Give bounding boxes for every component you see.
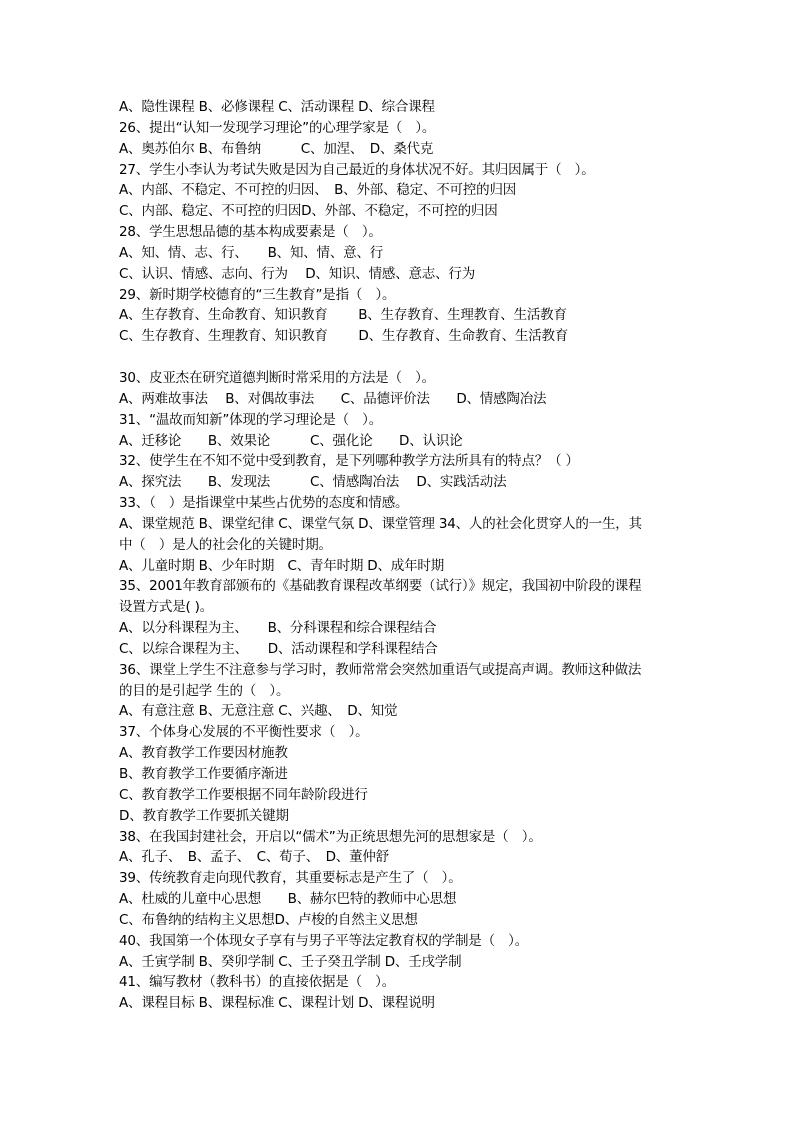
question-40: 40、我国第一个体现女子享有与男子平等法定教育权的学制是（ ）。 [119, 931, 679, 952]
options-25: A、隐性课程 B、必修课程 C、活动课程 D、综合课程 [119, 97, 679, 118]
question-30: 30、皮亚杰在研究道德判断时常采用的方法是（ ）。 [119, 368, 679, 389]
question-34-cont: 中（ ）是人的社会化的关键时期。 [119, 535, 679, 556]
options-35-ab: A、以分科课程为主、 B、分科课程和综合课程结合 [119, 618, 679, 639]
question-28: 28、学生思想品德的基本构成要素是（ ）。 [119, 222, 679, 243]
question-36: 36、课堂上学生不注意参与学习时，教师常常会突然加重语气或提高声调。教师这种做法 [119, 660, 679, 681]
option-37-d: D、教育教学工作要抓关键期 [119, 806, 679, 827]
options-41: A、课程目标 B、课程标准 C、课程计划 D、课程说明 [119, 993, 679, 1014]
options-31: A、迁移论 B、效果论 C、强化论 D、认识论 [119, 431, 679, 452]
options-40: A、壬寅学制 B、癸卯学制 C、壬子癸丑学制 D、壬戌学制 [119, 952, 679, 973]
options-29-ab: A、生存教育、生命教育、知识教育 B、生存教育、生理教育、生活教育 [119, 305, 679, 326]
options-30: A、两难故事法 B、对偶故事法 C、品德评价法 D、情感陶冶法 [119, 389, 679, 410]
options-27-cd: C、内部、稳定、不可控的归因D、外部、不稳定，不可控的归因 [119, 201, 679, 222]
options-39-cd: C、布鲁纳的结构主义思想D、卢梭的自然主义思想 [119, 910, 679, 931]
option-37-c: C、教育教学工作要根据不同年龄阶段进行 [119, 785, 679, 806]
options-32: A、探究法 B、发现法 C、情感陶冶法 D、实践活动法 [119, 472, 679, 493]
question-26: 26、提出“认知一发现学习理论”的心理学家是（ ）。 [119, 118, 679, 139]
option-37-b: B、教育教学工作要循序渐进 [119, 764, 679, 785]
question-35: 35、2001年教育部颁布的《基础教育课程改革纲要（试行）》规定，我国初中阶段的… [119, 576, 679, 597]
blank-line [119, 347, 679, 368]
question-37: 37、个体身心发展的不平衡性要求（ ）。 [119, 722, 679, 743]
options-27-ab: A、内部、不稳定、不可控的归因、 B、外部、稳定、不可控的归因 [119, 180, 679, 201]
options-39-ab: A、杜威的儿童中心思想 B、赫尔巴特的教师中心思想 [119, 889, 679, 910]
question-39: 39、传统教育走向现代教育，其重要标志是产生了（ ）。 [119, 868, 679, 889]
question-29: 29、新时期学校德育的“三生教育”是指（ ）。 [119, 285, 679, 306]
options-35-cd: C、以综合课程为主、 D、活动课程和学科课程结合 [119, 639, 679, 660]
question-27: 27、学生小李认为考试失败是因为自己最近的身体状况不好。其归因属于（ ）。 [119, 160, 679, 181]
question-31: 31、“温故而知新”体现的学习理论是（ ）。 [119, 410, 679, 431]
options-34: A、儿童时期 B、少年时期 C、青年时期 D、成年时期 [119, 556, 679, 577]
options-33-question-34: A、课堂规范 B、课堂纪律 C、课堂气氛 D、课堂管理 34、人的社会化贯穿人的… [119, 514, 679, 535]
options-26: A、奥苏伯尔 B、布鲁纳 C、加涅、 D、桑代克 [119, 139, 679, 160]
options-29-cd: C、生存教育、生理教育、知识教育 D、生存教育、生命教育、生活教育 [119, 326, 679, 347]
question-33: 33、（ ）是指课堂中某些占优势的态度和情感。 [119, 493, 679, 514]
question-32: 32、使学生在不知不觉中受到教育，是下列哪种教学方法所具有的特点？（ ） [119, 451, 679, 472]
question-38: 38、在我国封建社会，开启以“儒术”为正统思想先河的思想家是（ ）。 [119, 827, 679, 848]
options-28-cd: C、认识、情感、志向、行为 D、知识、情感、意志、行为 [119, 264, 679, 285]
question-41: 41、编写教材（教科书）的直接依据是（ ）。 [119, 972, 679, 993]
options-36: A、有意注意 B、无意注意 C、兴趣、 D、知觉 [119, 701, 679, 722]
question-36-cont: 的目的是引起学 生的（ ）。 [119, 681, 679, 702]
options-28-ab: A、知、情、志、行、 B、知、情、意、行 [119, 243, 679, 264]
options-38: A、孔子、 B、孟子、 C、荀子、 D、董仲舒 [119, 847, 679, 868]
question-35-cont: 设置方式是( )。 [119, 597, 679, 618]
option-37-a: A、教育教学工作要因材施教 [119, 743, 679, 764]
document-page: A、隐性课程 B、必修课程 C、活动课程 D、综合课程 26、提出“认知一发现学… [119, 97, 679, 1014]
